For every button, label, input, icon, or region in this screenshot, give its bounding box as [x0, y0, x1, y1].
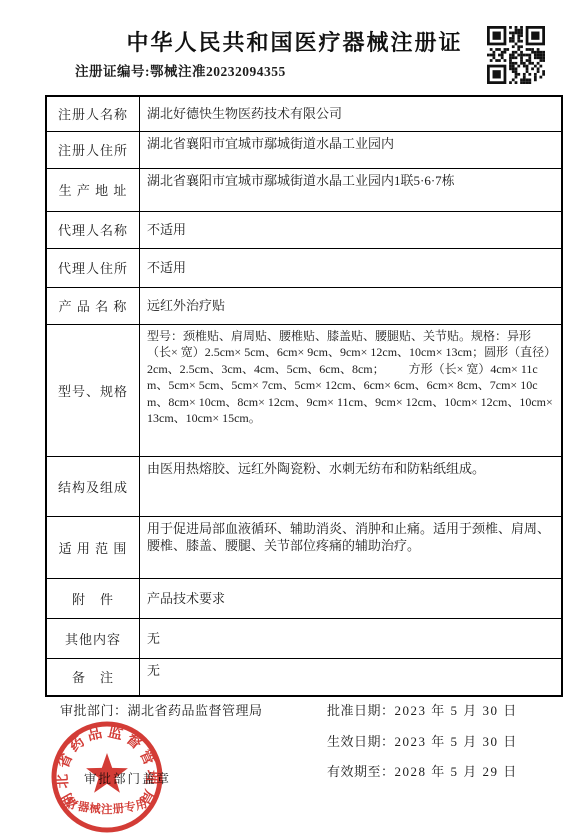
table-row-registrant-name: 注册人名称 湖北好德快生物医药技术有限公司	[46, 96, 562, 131]
table-row-other-content: 其他内容 无	[46, 618, 562, 658]
table-row-production-address: 生 产 地 址 湖北省襄阳市宜城市鄢城街道水晶工业园内1联5·6·7栋	[46, 168, 562, 211]
row-label: 注册人住所	[46, 131, 140, 168]
row-value: 由医用热熔胶、远红外陶瓷粉、水刺无纺布和防粘纸组成。	[140, 456, 563, 516]
expiry-date-row: 有效期至：2028 年 5 月 29 日	[327, 761, 518, 780]
row-value: 远红外治疗贴	[140, 287, 563, 324]
certificate-page: 中华人民共和国医疗器械注册证 注册证编号:鄂械注准20232094355 注册人…	[0, 0, 571, 839]
row-value: 无	[140, 658, 563, 696]
row-value: 产品技术要求	[140, 578, 563, 618]
effective-date-label: 生效日期：	[327, 734, 395, 749]
page-title: 中华人民共和国医疗器械注册证	[0, 26, 571, 57]
registration-table: 注册人名称 湖北好德快生物医药技术有限公司 注册人住所 湖北省襄阳市宜城市鄢城街…	[45, 95, 563, 697]
row-label: 生 产 地 址	[46, 168, 140, 211]
row-label: 附 件	[46, 578, 140, 618]
row-value: 用于促进局部血液循环、辅助消炎、消肿和止痛。适用于颈椎、肩周、腰椎、膝盖、腰腿、…	[140, 516, 563, 578]
row-value: 湖北省襄阳市宜城市鄢城街道水晶工业园内1联5·6·7栋	[140, 168, 563, 211]
row-value: 不适用	[140, 248, 563, 287]
row-label: 型号、规格	[46, 324, 140, 456]
table-row-agent-name: 代理人名称 不适用	[46, 211, 562, 248]
row-label: 结构及组成	[46, 456, 140, 516]
row-value: 型号：颈椎贴、肩周贴、腰椎贴、膝盖贴、腰腿贴、关节贴。规格：异形（长× 宽）2.…	[140, 324, 563, 456]
approval-date-row: 批准日期：2023 年 5 月 30 日	[327, 700, 518, 719]
table-row-scope-of-application: 适 用 范 围 用于促进局部血液循环、辅助消炎、消肿和止痛。适用于颈椎、肩周、腰…	[46, 516, 562, 578]
row-label: 适 用 范 围	[46, 516, 140, 578]
approval-dates: 批准日期：2023 年 5 月 30 日 生效日期：2023 年 5 月 30 …	[327, 700, 518, 792]
approval-date-label: 批准日期：	[327, 703, 395, 718]
effective-date-value: 2023 年 5 月 30 日	[395, 734, 518, 749]
expiry-date-label: 有效期至：	[327, 764, 395, 779]
row-value: 不适用	[140, 211, 563, 248]
table-row-model-spec: 型号、规格 型号：颈椎贴、肩周贴、腰椎贴、膝盖贴、腰腿贴、关节贴。规格：异形（长…	[46, 324, 562, 456]
row-label: 代理人住所	[46, 248, 140, 287]
table-row-product-name: 产 品 名 称 远红外治疗贴	[46, 287, 562, 324]
official-stamp: 湖北省药品监督管理局 医疗器械注册专用章	[45, 715, 170, 839]
expiry-date-value: 2028 年 5 月 29 日	[395, 764, 518, 779]
qr-code	[487, 26, 545, 84]
table-row-structure-composition: 结构及组成 由医用热熔胶、远红外陶瓷粉、水刺无纺布和防粘纸组成。	[46, 456, 562, 516]
table-row-remarks: 备 注 无	[46, 658, 562, 696]
star-icon	[86, 753, 128, 793]
table-row-registrant-address: 注册人住所 湖北省襄阳市宜城市鄢城街道水晶工业园内	[46, 131, 562, 168]
table-row-agent-address: 代理人住所 不适用	[46, 248, 562, 287]
effective-date-row: 生效日期：2023 年 5 月 30 日	[327, 731, 518, 750]
row-label: 其他内容	[46, 618, 140, 658]
registration-number: 注册证编号:鄂械注准20232094355	[75, 60, 286, 80]
row-label: 产 品 名 称	[46, 287, 140, 324]
row-value: 湖北好德快生物医药技术有限公司	[140, 96, 563, 131]
row-label: 注册人名称	[46, 96, 140, 131]
row-label: 代理人名称	[46, 211, 140, 248]
table-row-attachment: 附 件 产品技术要求	[46, 578, 562, 618]
row-value: 湖北省襄阳市宜城市鄢城街道水晶工业园内	[140, 131, 563, 168]
row-value: 无	[140, 618, 563, 658]
row-label: 备 注	[46, 658, 140, 696]
approval-date-value: 2023 年 5 月 30 日	[395, 703, 518, 718]
